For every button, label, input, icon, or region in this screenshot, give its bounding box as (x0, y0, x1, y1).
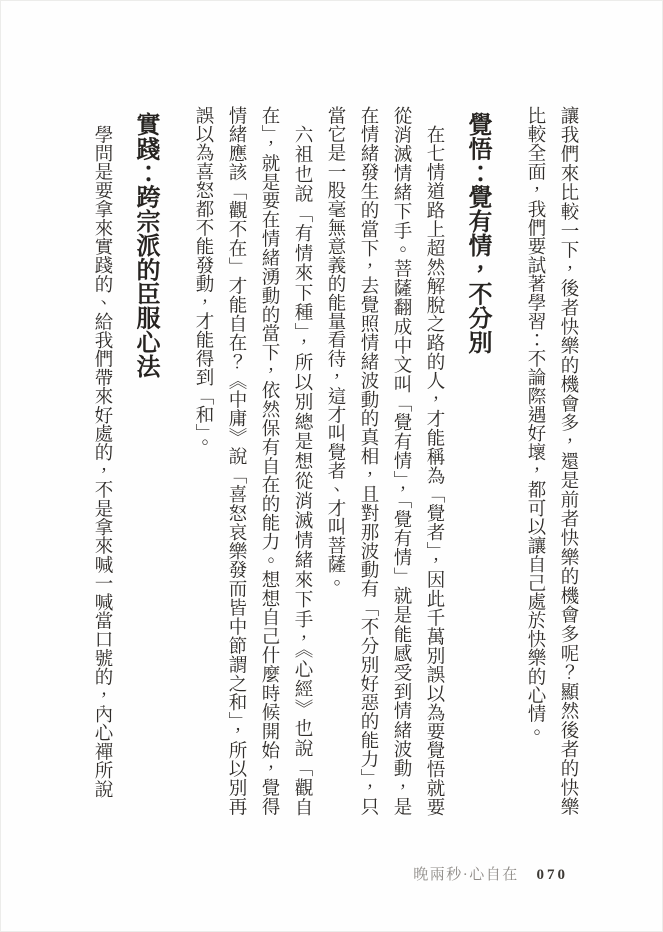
section2-heading: 實踐：跨宗派的臣服心法 (128, 106, 162, 816)
vertical-text-block: 讓我們來比較一下，後者快樂的機會多，還是前者快樂的機會多呢？顯然後者的快樂比較全… (85, 106, 584, 816)
section1-heading: 覺悟：覺有情，不分別 (460, 106, 494, 816)
section2-paragraph-1: 學問是要拿來實踐的、給我們帶來好處的，不是拿來喊一喊當口號的，內心禪所說 (85, 106, 118, 816)
page-footer: 晚兩秒·心自在 070 (413, 863, 568, 884)
page-number: 070 (537, 867, 569, 883)
intro-paragraph: 讓我們來比較一下，後者快樂的機會多，還是前者快樂的機會多呢？顯然後者的快樂比較全… (518, 106, 584, 816)
section1-paragraph-1: 在七情道路上超然解脫之路的人，才能稱為「覺者」，因此千萬別誤以為要覺悟就要從消滅… (318, 106, 450, 816)
book-page: 讓我們來比較一下，後者快樂的機會多，還是前者快樂的機會多呢？顯然後者的快樂比較全… (0, 0, 663, 932)
section1-paragraph-2: 六祖也說「有情來下種」，所以別總是想從消滅情緒來下手，《心經》也說「觀自在」，就… (186, 106, 318, 816)
running-book-title: 晚兩秒·心自在 (413, 867, 519, 883)
